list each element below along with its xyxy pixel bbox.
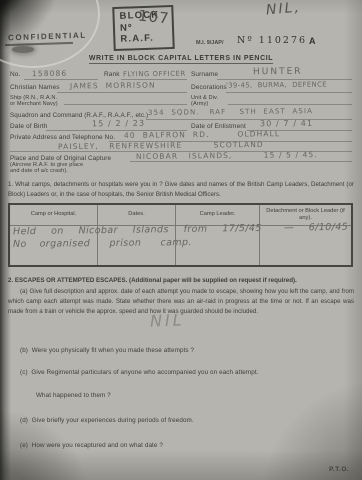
capture-note-line2: and date of a/c crash). — [10, 168, 68, 174]
confidential-underline — [5, 42, 73, 46]
christian-names-value: JAMES MORRISON — [70, 81, 156, 91]
capture-value: NICOBAR ISLANDS, 15 / 5 / 45. — [136, 150, 318, 161]
confidential-stamp: CONFIDENTIAL — [8, 31, 87, 43]
no-value: 158086 — [32, 69, 67, 78]
field-underline — [228, 104, 352, 105]
question-2b-text: (b) Were you physically fit when you mad… — [20, 347, 194, 354]
date-of-birth-value: 15 / 2 / 23 — [92, 119, 145, 129]
question-2e-text: (e) How were you recaptured and on what … — [20, 442, 163, 449]
nil-answer: NIL — [150, 310, 185, 330]
surname-label: Surname — [191, 71, 218, 78]
date-of-birth-label: Date of Birth — [10, 123, 47, 130]
ink-smudge — [12, 46, 34, 53]
serial-number: Nº 110276 — [237, 35, 307, 46]
squadron-value: 354 SQDN. RAF STH EAST ASIA — [148, 107, 313, 117]
date-of-enlistment-value: 30 / 7 / 41 — [260, 119, 313, 129]
question-2c-text: (c) Give Regimental particulars of anyon… — [20, 369, 259, 376]
table-header-camp: Camp or Hospital. — [10, 205, 98, 226]
ship-label-line2: or Merchant Navy) — [10, 101, 58, 107]
question-2-heading: 2. ESCAPES OR ATTEMPTED ESCAPES. (Additi… — [8, 276, 354, 286]
unit-label-line2: (Army) — [191, 101, 208, 107]
block-number-handwritten: 107 — [137, 6, 170, 27]
block-stamp-line3: R.A.F. — [120, 32, 172, 45]
rank-value: FLYING OFFICER — [123, 70, 186, 79]
question-1-text: 1. What camps, detachments or hospitals … — [8, 180, 354, 200]
no-label: No. — [10, 71, 20, 78]
address-value-line2: PAISLEY, RENFREWSHIRE SCOTLAND — [58, 140, 264, 151]
address-value-line1: 40 BALFRON RD. OLDHALL — [124, 129, 280, 140]
scanned-pow-questionnaire: CONFIDENTIAL BLOCK Nº R.A.F. 107 M.I. 9/… — [0, 0, 362, 480]
address-label: Private Address and Telephone No. — [10, 134, 115, 141]
question-2d-text: (d) Give briefly your experiences during… — [20, 417, 194, 424]
form-header: WRITE IN BLOCK CAPITAL LETTERS IN PENCIL — [0, 55, 362, 62]
surname-value: HUNTER — [253, 67, 303, 78]
decorations-value: '39-45, BURMA, DEFENCE — [226, 80, 327, 89]
field-underline — [146, 119, 352, 120]
field-underline — [57, 92, 187, 93]
field-underline — [226, 92, 352, 93]
pto-footer: P.T.O. — [329, 466, 349, 473]
rank-label: Rank — [104, 71, 120, 78]
serial-suffix: A — [309, 36, 316, 46]
christian-names-label: Christian Names — [10, 84, 60, 91]
table-answer-line2: No organised prison camp. — [13, 237, 192, 250]
decorations-label: Decorations — [191, 84, 227, 91]
header-instruction: WRITE IN BLOCK CAPITAL LETTERS IN PENCIL — [89, 55, 273, 64]
field-underline — [24, 79, 98, 80]
nil-annotation-top: NIL, — [265, 0, 301, 18]
table-header-dates: Dates. — [98, 205, 176, 226]
field-underline — [64, 104, 187, 105]
field-underline — [130, 161, 352, 162]
question-2c2-text: What happened to them ? — [36, 392, 111, 399]
field-underline — [217, 79, 352, 80]
mi9-reference: M.I. 9/JAP/ — [196, 40, 224, 46]
